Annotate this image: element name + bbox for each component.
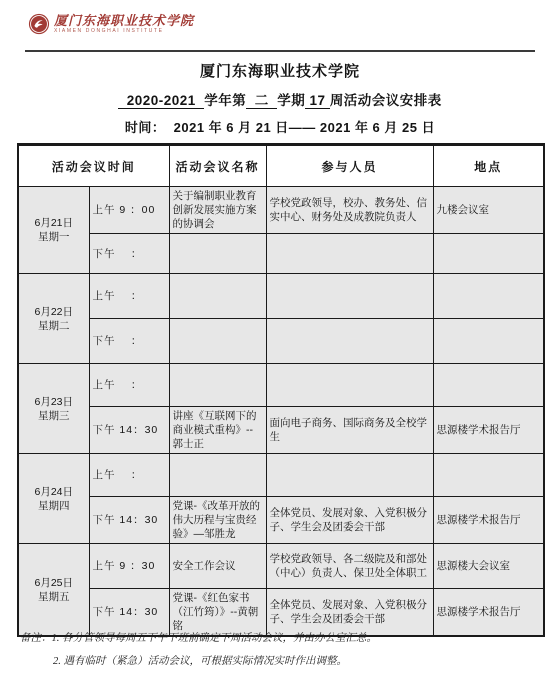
participants-cell — [266, 319, 433, 364]
note-line-1: 备注：1. 各分管领导每周五下午下班前确定下周活动会议，并由办公室汇总。 — [20, 631, 540, 646]
school-emblem-icon — [28, 13, 50, 35]
participants-cell — [266, 234, 433, 274]
location-cell: 九楼会议室 — [433, 187, 544, 234]
time-cell: 上午 9 ：00 — [89, 187, 169, 234]
subtitle-part: 17 — [305, 93, 330, 109]
schedule-table-body: 6月21日星期一上午 9 ：00关于编制职业教育创新发展实施方案的协调会学校党政… — [18, 187, 544, 637]
table-row: 下午 14：30党课-《改革开放的伟大历程与宝贵经验》—邹胜龙全体党员、发展对象… — [18, 497, 544, 544]
participants-cell: 学校党政领导、各二级院及和部处（中心）负责人、保卫处全体职工 — [266, 544, 433, 589]
table-row: 6月23日星期三上午 ： — [18, 364, 544, 407]
logo-english-name: XIAMEN DONGHAI INSTITUTE — [54, 29, 194, 34]
subtitle-part: 学年第 — [204, 93, 246, 108]
location-cell: 思源楼大会议室 — [433, 544, 544, 589]
time-cell: 上午 ： — [89, 454, 169, 497]
time-cell: 下午 14：30 — [89, 497, 169, 544]
time-cell: 下午 14：30 — [89, 589, 169, 637]
subtitle-part: 2020-2021 — [118, 93, 204, 109]
date-cell: 6月24日星期四 — [18, 454, 89, 544]
table-row: 6月22日星期二上午 ： — [18, 274, 544, 319]
participants-cell — [266, 364, 433, 407]
weekday-label: 星期三 — [22, 409, 86, 423]
header-divider — [25, 50, 535, 52]
header-time: 活动会议时间 — [18, 145, 169, 187]
participants-cell: 全体党员、发展对象、入党积极分子、学生会及团委会干部 — [266, 589, 433, 637]
table-row: 下午 14：30党课-《红色家书（江竹筠）》--黄朝铭全体党员、发展对象、入党积… — [18, 589, 544, 637]
location-cell — [433, 319, 544, 364]
document-page: 厦门东海职业技术学院 XIAMEN DONGHAI INSTITUTE 厦门东海… — [0, 0, 560, 686]
date-cell: 6月22日星期二 — [18, 274, 89, 364]
note-line-2: 2. 遇有临时（紧急）活动会议，可根据实际情况实时作出调整。 — [53, 654, 540, 669]
location-cell — [433, 454, 544, 497]
page-title: 厦门东海职业技术学院 — [0, 60, 560, 81]
name-cell: 关于编制职业教育创新发展实施方案的协调会 — [169, 187, 266, 234]
footer-notes: 备注：1. 各分管领导每周五下午下班前确定下周活动会议，并由办公室汇总。 2. … — [20, 631, 540, 669]
school-logo: 厦门东海职业技术学院 XIAMEN DONGHAI INSTITUTE — [28, 13, 194, 35]
name-cell: 讲座《互联网下的商业模式重构》--郭士正 — [169, 407, 266, 454]
name-cell — [169, 234, 266, 274]
time-cell: 上午 ： — [89, 274, 169, 319]
table-row: 下午 ： — [18, 319, 544, 364]
subtitle-part: 周活动会议安排表 — [330, 93, 442, 108]
name-cell — [169, 319, 266, 364]
location-cell — [433, 234, 544, 274]
date-label: 6月22日 — [22, 305, 86, 319]
table-row: 6月25日星期五上午 9 ：30安全工作会议学校党政领导、各二级院及和部处（中心… — [18, 544, 544, 589]
location-cell: 思源楼学术报告厅 — [433, 497, 544, 544]
participants-cell: 学校党政领导，校办、教务处、信实中心、财务处及成教院负责人 — [266, 187, 433, 234]
name-cell — [169, 364, 266, 407]
table-row: 下午 ： — [18, 234, 544, 274]
location-cell — [433, 274, 544, 319]
logo-chinese-name: 厦门东海职业技术学院 — [54, 14, 194, 27]
name-cell: 党课-《红色家书（江竹筠）》--黄朝铭 — [169, 589, 266, 637]
name-cell — [169, 274, 266, 319]
participants-cell — [266, 454, 433, 497]
weekday-label: 星期四 — [22, 499, 86, 513]
table-header-row: 活动会议时间 活动会议名称 参与人员 地点 — [18, 145, 544, 187]
subtitle-part: 二 — [246, 93, 277, 109]
time-cell: 上午 9 ：30 — [89, 544, 169, 589]
date-cell: 6月21日星期一 — [18, 187, 89, 274]
date-label: 6月24日 — [22, 485, 86, 499]
participants-cell: 全体党员、发展对象、入党积极分子、学生会及团委会干部 — [266, 497, 433, 544]
time-cell: 下午 ： — [89, 234, 169, 274]
table-row: 6月24日星期四上午 ： — [18, 454, 544, 497]
time-cell: 下午 ： — [89, 319, 169, 364]
header-location: 地点 — [433, 145, 544, 187]
name-cell: 安全工作会议 — [169, 544, 266, 589]
date-label: 6月23日 — [22, 395, 86, 409]
participants-cell — [266, 274, 433, 319]
header-participants: 参与人员 — [266, 145, 433, 187]
participants-cell: 面向电子商务、国际商务及全校学生 — [266, 407, 433, 454]
table-row: 下午 14：30讲座《互联网下的商业模式重构》--郭士正面向电子商务、国际商务及… — [18, 407, 544, 454]
location-cell: 思源楼学术报告厅 — [433, 407, 544, 454]
location-cell — [433, 364, 544, 407]
table-row: 6月21日星期一上午 9 ：00关于编制职业教育创新发展实施方案的协调会学校党政… — [18, 187, 544, 234]
date-range-line: 时间： 2021 年 6 月 21 日—— 2021 年 6 月 25 日 — [0, 117, 560, 136]
subtitle-part: 学期 — [277, 93, 305, 108]
subtitle: 2020-2021 学年第 二 学期 17 周活动会议安排表 — [0, 89, 560, 109]
header-name: 活动会议名称 — [169, 145, 266, 187]
location-cell: 思源楼学术报告厅 — [433, 589, 544, 637]
weekday-label: 星期五 — [22, 590, 86, 604]
date-cell: 6月23日星期三 — [18, 364, 89, 454]
weekday-label: 星期一 — [22, 230, 86, 244]
weekday-label: 星期二 — [22, 319, 86, 333]
time-cell: 下午 14：30 — [89, 407, 169, 454]
name-cell: 党课-《改革开放的伟大历程与宝贵经验》—邹胜龙 — [169, 497, 266, 544]
date-label: 6月25日 — [22, 576, 86, 590]
schedule-table: 活动会议时间 活动会议名称 参与人员 地点 6月21日星期一上午 9 ：00关于… — [17, 143, 545, 637]
time-cell: 上午 ： — [89, 364, 169, 407]
date-label: 6月21日 — [22, 216, 86, 230]
date-cell: 6月25日星期五 — [18, 544, 89, 637]
name-cell — [169, 454, 266, 497]
